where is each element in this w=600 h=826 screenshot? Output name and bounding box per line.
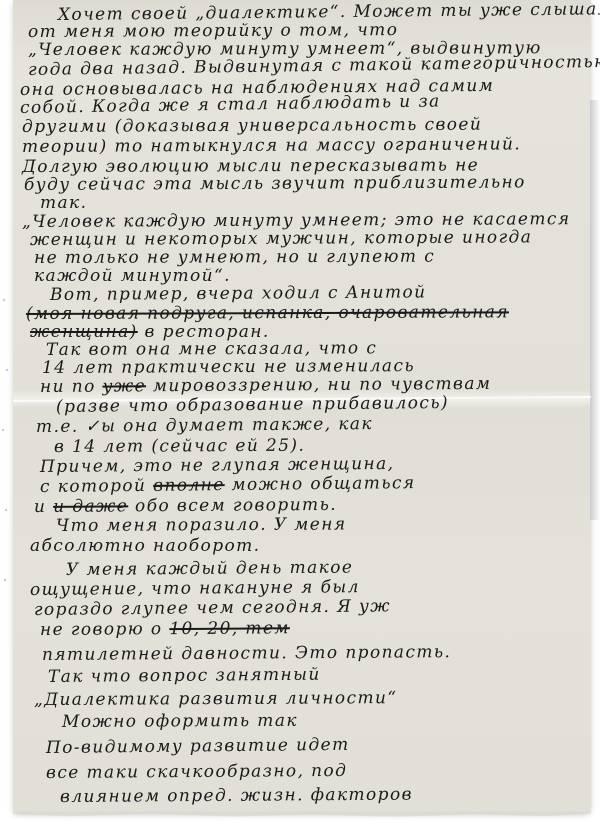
struck-through-text: 10, 20, тем — [169, 618, 290, 639]
handwritten-line: (моя новая подруга, испанка, очарователь… — [26, 302, 509, 324]
handwritten-line: так. — [40, 193, 87, 213]
handwritten-line: с которой вполне можно общаться — [40, 473, 416, 497]
handwritten-line: все таки скачкообразно, под — [46, 761, 347, 783]
struck-through-text: уже — [102, 376, 146, 396]
handwritten-line: Что меня поразило. У меня — [56, 514, 347, 536]
struck-through-text: и даже — [53, 496, 128, 517]
handwritten-line: теории) то натыкнулся на массу ограничен… — [22, 134, 521, 157]
handwritten-line: пятилетней давности. Это пропасть. — [42, 642, 451, 665]
handwritten-line: Вот, пример, вчера ходил с Анитой — [50, 282, 427, 305]
handwritten-line: не только не умнеют, но и глупеют с — [34, 247, 435, 268]
handwritten-line: (разве что образование прибавилось) — [56, 393, 449, 417]
handwritten-line: влиянием опред. жизн. факторов — [60, 785, 413, 807]
handwritten-letter: Хочет своей „диалектике“. Может ты уже с… — [0, 0, 600, 826]
handwritten-line: не говорю о 10, 20, тем — [40, 618, 290, 640]
handwritten-line: т.е. ✓ы она думает также, как — [36, 414, 373, 437]
handwritten-line: По-видимому развитие идет — [46, 735, 350, 758]
handwritten-line: абсолютно наоборот. — [30, 536, 260, 556]
handwritten-line: Можно оформить так — [62, 711, 298, 732]
handwritten-line: и и даже обо всем говорить. — [34, 495, 337, 517]
struck-through-text: (моя новая подруга, испанка, очарователь… — [26, 302, 509, 324]
handwritten-line: буду сейчас эта мысль звучит приблизител… — [24, 172, 526, 195]
handwritten-line: Так что вопрос занятный — [48, 665, 321, 687]
struck-through-text: вполне — [153, 475, 225, 496]
handwritten-line: „Диалектика развития личности“ — [34, 688, 398, 710]
handwritten-line: гораздо глупее чем сегодня. Я уж — [34, 596, 391, 620]
handwritten-line: другими (доказывая универсальность своей — [22, 115, 482, 137]
handwritten-line: в 14 лет (сейчас ей 25). — [54, 436, 305, 457]
